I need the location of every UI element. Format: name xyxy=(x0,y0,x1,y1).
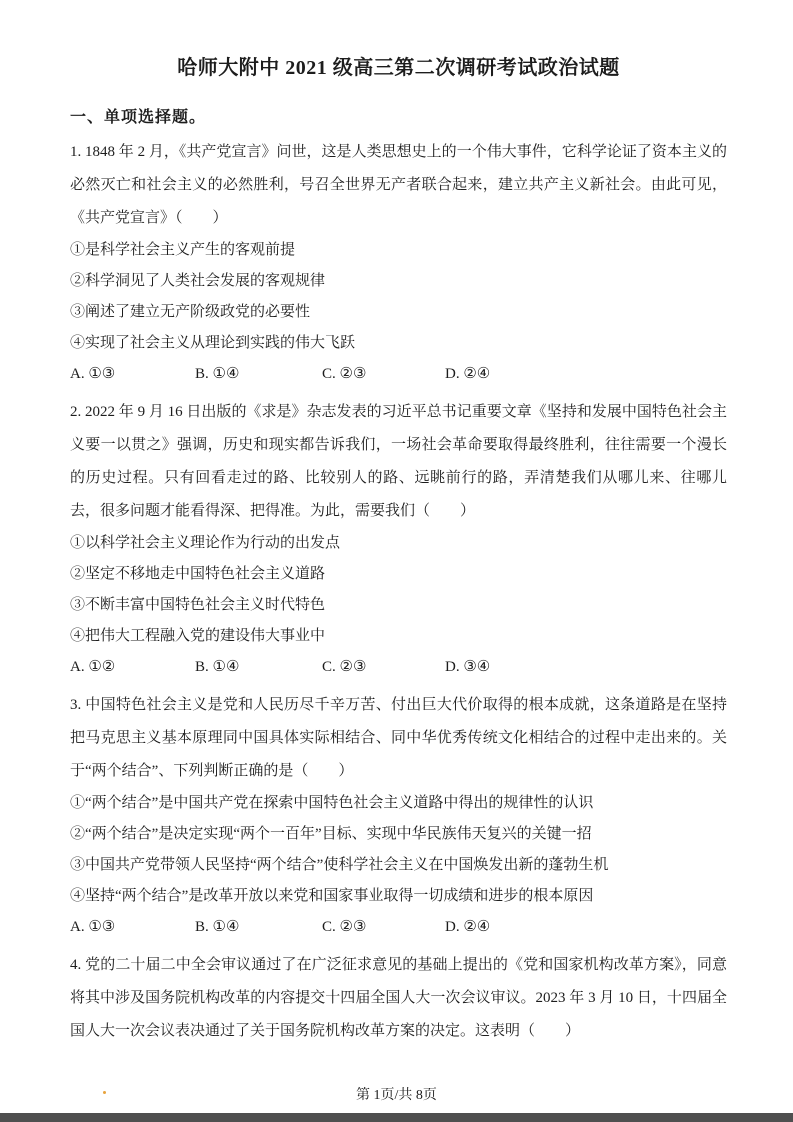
question-3-choices: A. ①③ B. ①④ C. ②③ D. ②④ xyxy=(70,912,727,943)
question-2-option-3: ③不断丰富中国特色社会主义时代特色 xyxy=(70,590,727,621)
exam-document-page: 哈师大附中 2021 级高三第二次调研考试政治试题 一、单项选择题。 1. 18… xyxy=(0,0,793,1122)
question-2-option-1: ①以科学社会主义理论作为行动的出发点 xyxy=(70,528,727,559)
page-content: 哈师大附中 2021 级高三第二次调研考试政治试题 一、单项选择题。 1. 18… xyxy=(0,0,793,1048)
question-1-option-3: ③阐述了建立无产阶级政党的必要性 xyxy=(70,297,727,328)
question-2-choice-a: A. ①② xyxy=(70,652,195,683)
question-3-option-3: ③中国共产党带领人民坚持“两个结合”使科学社会主义在中国焕发出新的蓬勃生机 xyxy=(70,850,727,881)
window-bottom-edge-bar xyxy=(0,1113,793,1122)
question-3-option-1: ①“两个结合”是中国共产党在探索中国特色社会主义道路中得出的规律性的认识 xyxy=(70,788,727,819)
question-2-choice-c: C. ②③ xyxy=(322,652,445,683)
question-2-stem: 2. 2022 年 9 月 16 日出版的《求是》杂志发表的习近平总书记重要文章… xyxy=(70,396,727,528)
question-4: 4. 党的二十届二中全会审议通过了在广泛征求意见的基础上提出的《党和国家机构改革… xyxy=(70,949,727,1048)
question-1-option-2: ②科学洞见了人类社会发展的客观规律 xyxy=(70,266,727,297)
question-2: 2. 2022 年 9 月 16 日出版的《求是》杂志发表的习近平总书记重要文章… xyxy=(70,396,727,683)
question-2-choice-d: D. ③④ xyxy=(445,652,727,683)
question-2-choices: A. ①② B. ①④ C. ②③ D. ③④ xyxy=(70,652,727,683)
question-3-option-4: ④坚持“两个结合”是改革开放以来党和国家事业取得一切成绩和进步的根本原因 xyxy=(70,881,727,912)
section-header-multiple-choice: 一、单项选择题。 xyxy=(70,106,727,130)
question-1-option-4: ④实现了社会主义从理论到实践的伟大飞跃 xyxy=(70,328,727,359)
question-1-stem: 1. 1848 年 2 月，《共产党宣言》问世，这是人类思想史上的一个伟大事件，… xyxy=(70,136,727,235)
question-1: 1. 1848 年 2 月，《共产党宣言》问世，这是人类思想史上的一个伟大事件，… xyxy=(70,136,727,390)
question-1-choice-b: B. ①④ xyxy=(195,359,322,390)
question-1-choice-d: D. ②④ xyxy=(445,359,727,390)
question-1-choices: A. ①③ B. ①④ C. ②③ D. ②④ xyxy=(70,359,727,390)
question-3-choice-a: A. ①③ xyxy=(70,912,195,943)
question-3-stem: 3. 中国特色社会主义是党和人民历尽千辛万苦、付出巨大代价取得的根本成就，这条道… xyxy=(70,689,727,788)
question-1-choice-a: A. ①③ xyxy=(70,359,195,390)
question-3-option-2: ②“两个结合”是决定实现“两个一百年”目标、实现中华民族伟天复兴的关键一招 xyxy=(70,819,727,850)
question-3-choice-d: D. ②④ xyxy=(445,912,727,943)
question-3-choice-b: B. ①④ xyxy=(195,912,322,943)
page-title: 哈师大附中 2021 级高三第二次调研考试政治试题 xyxy=(70,54,727,82)
question-2-option-2: ②坚定不移地走中国特色社会主义道路 xyxy=(70,559,727,590)
page-number-indicator: 第 1页/共 8页 xyxy=(0,1088,793,1104)
question-2-choice-b: B. ①④ xyxy=(195,652,322,683)
question-3: 3. 中国特色社会主义是党和人民历尽千辛万苦、付出巨大代价取得的根本成就，这条道… xyxy=(70,689,727,943)
question-1-option-1: ①是科学社会主义产生的客观前提 xyxy=(70,235,727,266)
question-3-choice-c: C. ②③ xyxy=(322,912,445,943)
question-1-choice-c: C. ②③ xyxy=(322,359,445,390)
question-2-option-4: ④把伟大工程融入党的建设伟大事业中 xyxy=(70,621,727,652)
question-4-stem: 4. 党的二十届二中全会审议通过了在广泛征求意见的基础上提出的《党和国家机构改革… xyxy=(70,949,727,1048)
